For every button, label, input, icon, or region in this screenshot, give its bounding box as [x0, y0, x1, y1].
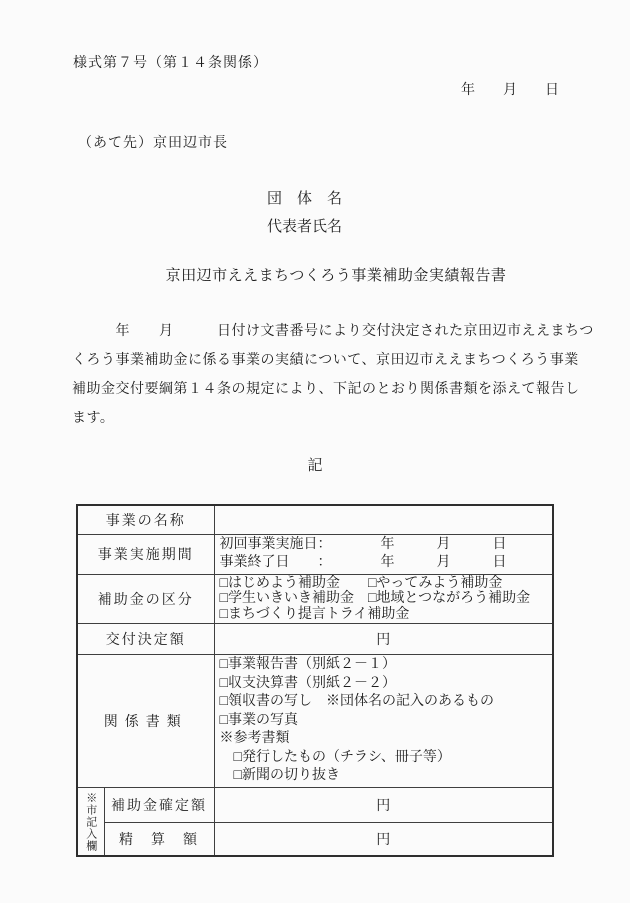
body-line: ます。: [72, 404, 574, 433]
related-documents-cell: □事業報告書（別紙２－１） □収支決算書（別紙２－２） □領収書の写し ※団体名…: [214, 655, 553, 788]
representative-name-label: 代表者氏名: [267, 215, 342, 236]
checkbox-line: □学生いきいき補助金 □地域とつながろう補助金: [220, 591, 551, 607]
row-label-related-documents: 関係書類: [77, 655, 214, 788]
form-number: 様式第７号（第１４条関係）: [73, 52, 268, 72]
grant-decision-amount-cell: 円: [214, 624, 553, 655]
table-row-confirmed-subsidy-amount: ※市記入欄 補助金確定額 円: [77, 787, 553, 822]
table-row-project-name: 事業の名称: [77, 505, 553, 534]
table-row-related-documents: 関係書類 □事業報告書（別紙２－１） □収支決算書（別紙２－２） □領収書の写し…: [77, 655, 553, 788]
subsidy-category-cell: □はじめよう補助金 □やってみよう補助金 □学生いきいき補助金 □地域とつながろ…: [214, 574, 553, 624]
report-table: 事業の名称 事業実施期間 初回事業実施日： 年 月 日 事業終了日 ： 年 月 …: [76, 504, 554, 857]
row-label-settlement-amount: 精 算 額: [104, 822, 214, 856]
project-name-value-cell: [214, 505, 553, 534]
checkbox-line: □まちづくり提言トライ補助金: [220, 607, 551, 623]
row-label-confirmed-subsidy-amount: 補助金確定額: [104, 787, 214, 822]
settlement-amount-cell: 円: [214, 822, 553, 856]
checkbox-line: □新聞の切り抜き: [220, 767, 551, 786]
table-row-subsidy-category: 補助金の区分 □はじめよう補助金 □やってみよう補助金 □学生いきいき補助金 □…: [77, 574, 553, 624]
document-page: 様式第７号（第１４条関係） 年 月 日 （あて先）京田辺市長 団 体 名 代表者…: [0, 0, 630, 903]
body-line: 補助金交付要綱第１４条の規定により、下記のとおり関係書類を添えて報告し: [72, 375, 574, 404]
row-label-subsidy-category: 補助金の区分: [77, 574, 214, 624]
table-row-grant-decision-amount: 交付決定額 円: [77, 624, 553, 655]
row-label-implementation-period: 事業実施期間: [77, 534, 214, 574]
addressee: （あて先）京田辺市長: [78, 132, 228, 152]
checkbox-line: □領収書の写し ※団体名の記入のあるもの: [220, 693, 551, 712]
implementation-period-cell: 初回事業実施日： 年 月 日 事業終了日 ： 年 月 日: [214, 534, 553, 574]
city-entry-column-label: ※市記入欄: [77, 787, 104, 856]
checkbox-line: □はじめよう補助金 □やってみよう補助金: [220, 576, 551, 592]
table-row-implementation-period: 事業実施期間 初回事業実施日： 年 月 日 事業終了日 ： 年 月 日: [77, 534, 553, 574]
first-implementation-date-line: 初回事業実施日： 年 月 日: [220, 536, 551, 555]
row-label-project-name: 事業の名称: [77, 505, 214, 534]
checkbox-line: □事業報告書（別紙２－１）: [220, 656, 551, 675]
checkbox-line: □事業の写真: [220, 712, 551, 731]
confirmed-subsidy-amount-cell: 円: [214, 787, 553, 822]
organization-name-label: 団 体 名: [267, 187, 342, 208]
checkbox-line: □収支決算書（別紙２－２）: [220, 675, 551, 694]
issue-date-line: 年 月 日: [461, 79, 559, 99]
checkbox-line: □発行したもの（チラシ、冊子等）: [220, 749, 551, 768]
table-row-settlement-amount: 精 算 額 円: [77, 822, 553, 856]
body-line: 年 月 日付け文書番号により交付決定された京田辺市ええまちつ: [72, 317, 574, 346]
body-line: くろう事業補助金に係る事業の実績について、京田辺市ええまちつくろう事業: [72, 346, 574, 375]
row-label-grant-decision-amount: 交付決定額: [77, 624, 214, 655]
body-paragraph: 年 月 日付け文書番号により交付決定された京田辺市ええまちつ くろう事業補助金に…: [72, 317, 574, 433]
document-title: 京田辺市ええまちつくろう事業補助金実績報告書: [0, 264, 630, 285]
note-marker-ki: 記: [0, 454, 630, 475]
end-date-line: 事業終了日 ： 年 月 日: [220, 554, 551, 573]
reference-documents-heading: ※参考書類: [220, 730, 551, 749]
